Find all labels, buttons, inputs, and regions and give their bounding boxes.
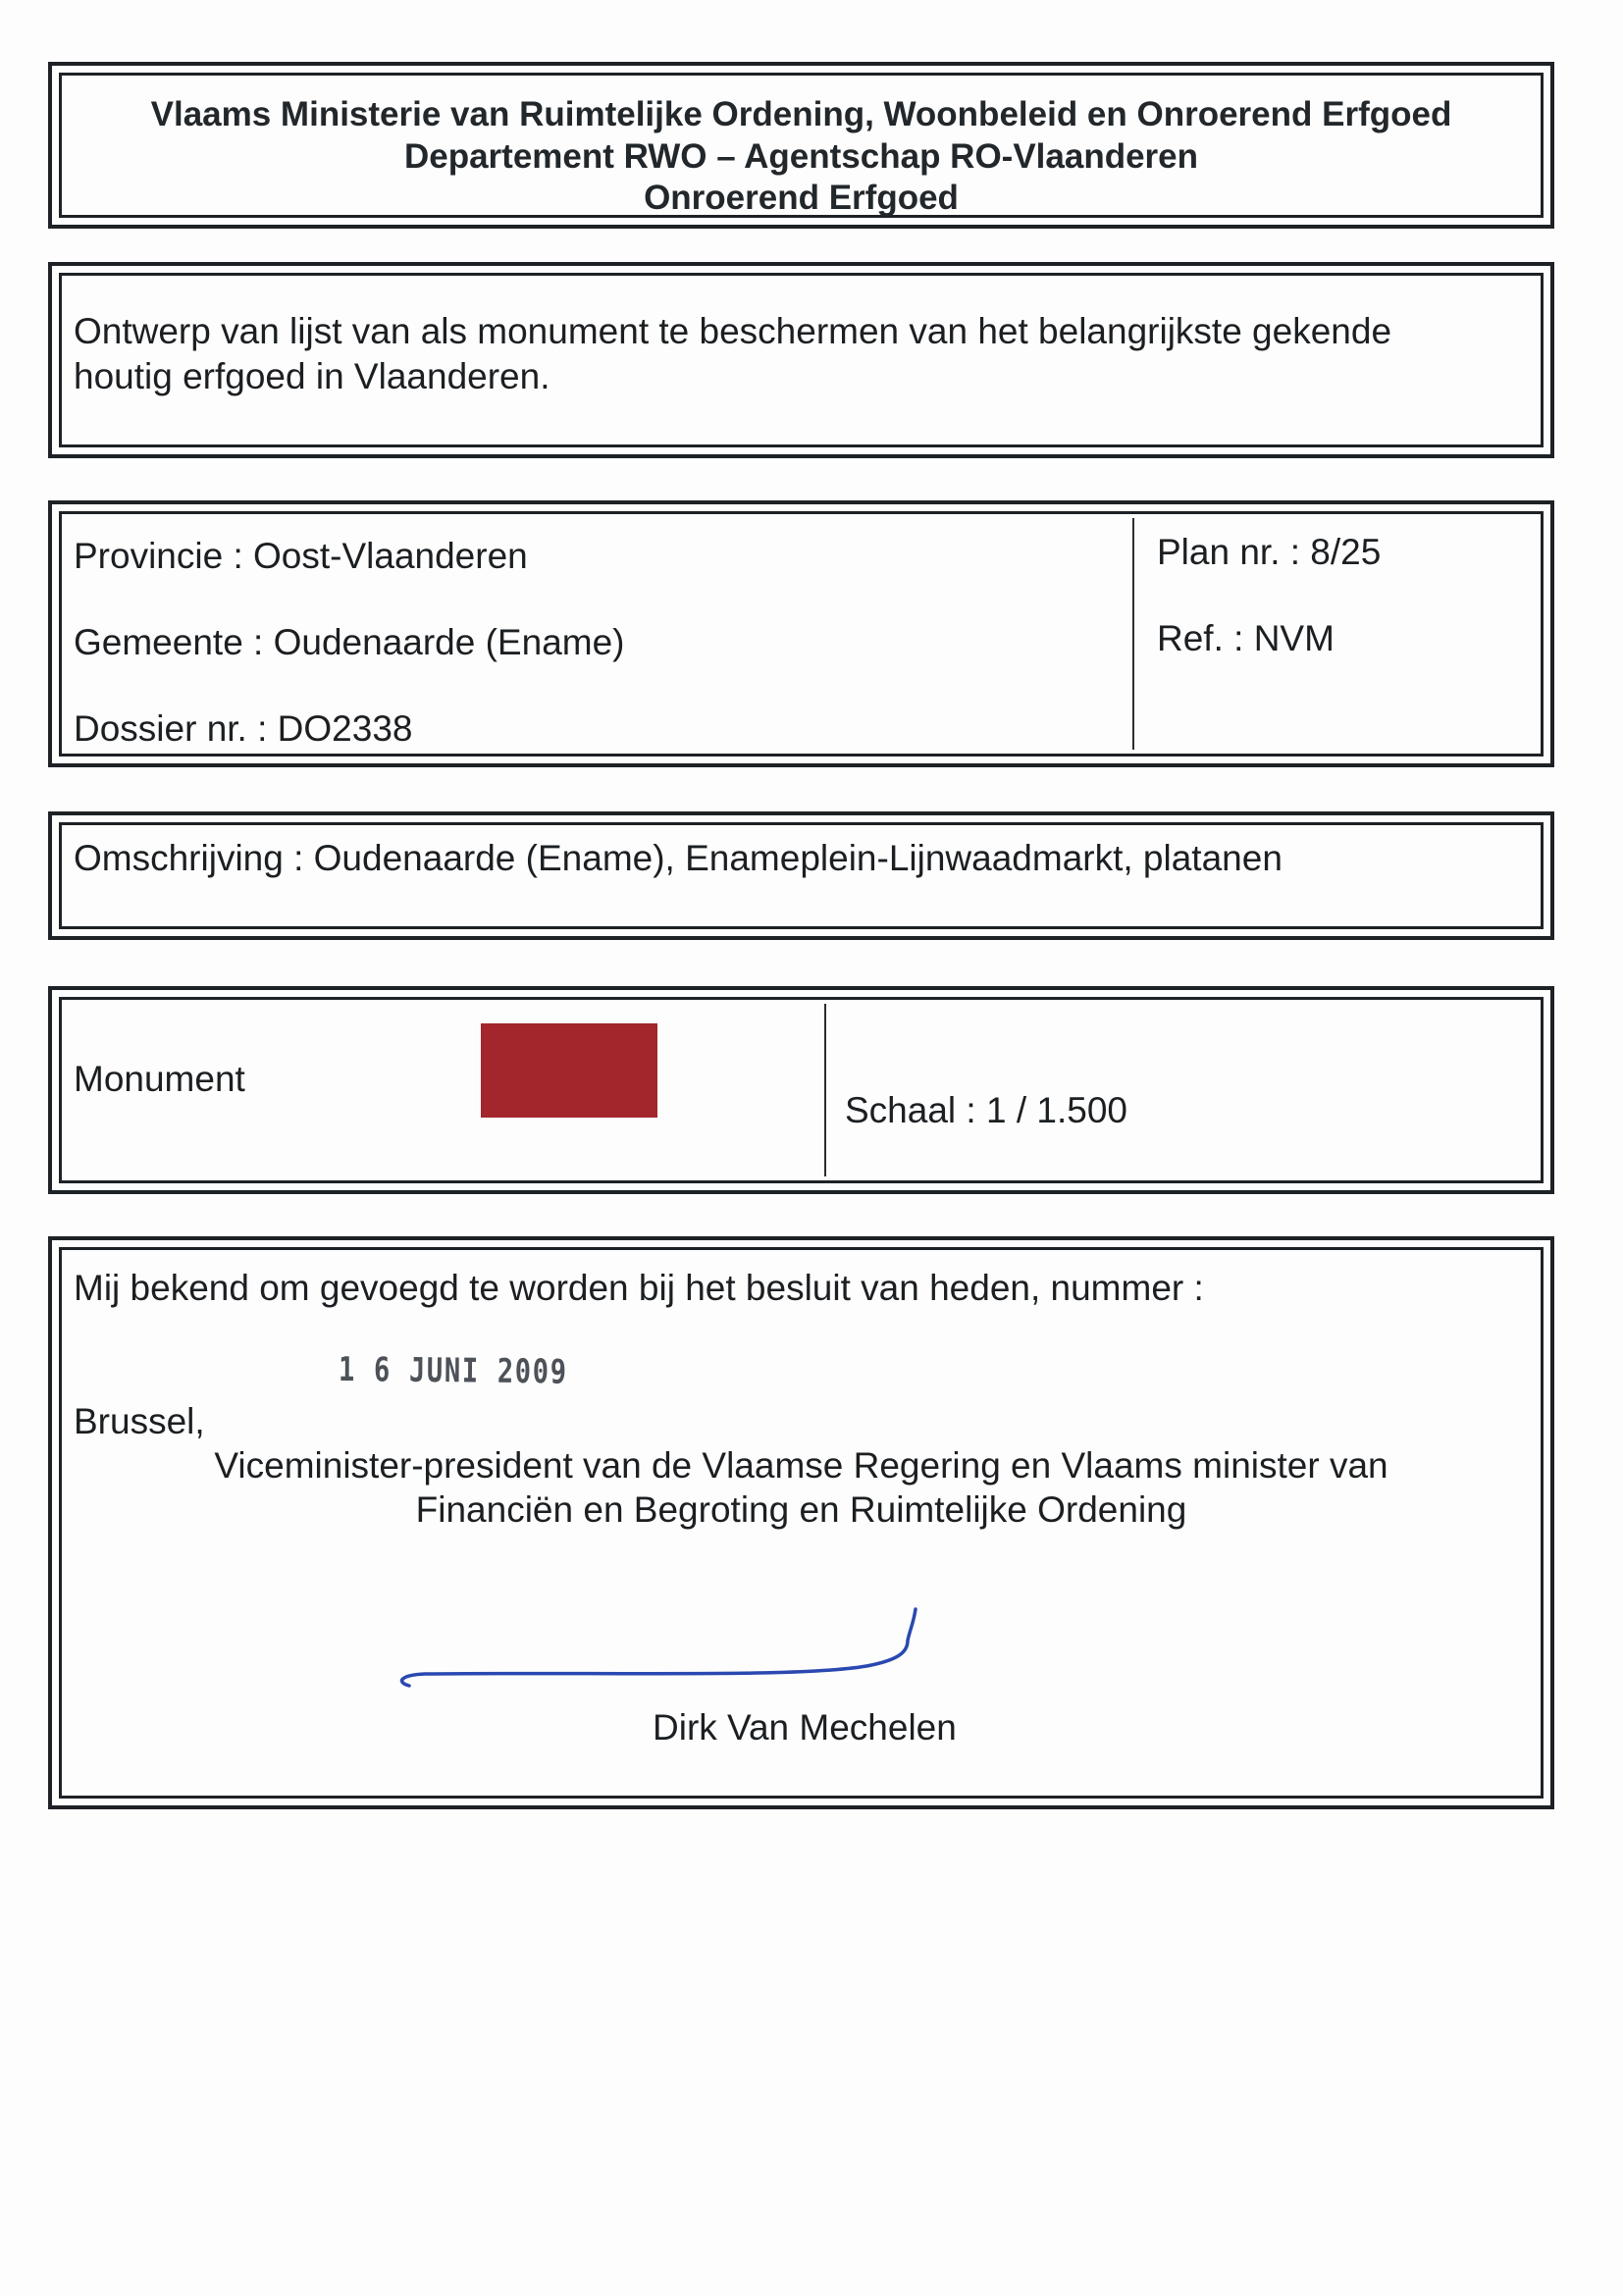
reference-field: Ref. : NVM bbox=[1157, 620, 1335, 656]
gemeente-field: Gemeente : Oudenaarde (Ename) bbox=[74, 624, 625, 660]
provincie-field: Provincie : Oost-Vlaanderen bbox=[74, 538, 528, 574]
agency-name: Onroerend Erfgoed bbox=[52, 181, 1550, 215]
document-title-line-2: houtig erfgoed in Vlaanderen. bbox=[74, 358, 550, 394]
details-box: Provincie : Oost-Vlaanderen Gemeente : O… bbox=[48, 500, 1554, 767]
legend-box: Monument Schaal : 1 / 1.500 bbox=[48, 986, 1554, 1194]
dossier-field: Dossier nr. : DO2338 bbox=[74, 710, 412, 747]
signatory-name: Dirk Van Mechelen bbox=[653, 1709, 957, 1746]
ministry-name: Vlaams Ministerie van Ruimtelijke Ordeni… bbox=[52, 97, 1550, 131]
approval-box: Mij bekend om gevoegd te worden bij het … bbox=[48, 1236, 1554, 1809]
description-text: Omschrijving : Oudenaarde (Ename), Ename… bbox=[74, 840, 1283, 876]
scale-text: Schaal : 1 / 1.500 bbox=[845, 1092, 1127, 1128]
department-name: Departement RWO – Agentschap RO-Vlaander… bbox=[52, 139, 1550, 174]
legend-label-monument: Monument bbox=[74, 1061, 245, 1097]
details-divider bbox=[1132, 518, 1134, 750]
plan-number-field: Plan nr. : 8/25 bbox=[1157, 534, 1381, 570]
description-box: Omschrijving : Oudenaarde (Ename), Ename… bbox=[48, 811, 1554, 940]
document-title-line-1: Ontwerp van lijst van als monument te be… bbox=[74, 313, 1391, 349]
legend-divider bbox=[824, 1004, 826, 1176]
monument-color-swatch bbox=[481, 1023, 657, 1118]
ministry-header-box: Vlaams Ministerie van Ruimtelijke Ordeni… bbox=[48, 62, 1554, 229]
document-title-box: Ontwerp van lijst van als monument te be… bbox=[48, 262, 1554, 458]
